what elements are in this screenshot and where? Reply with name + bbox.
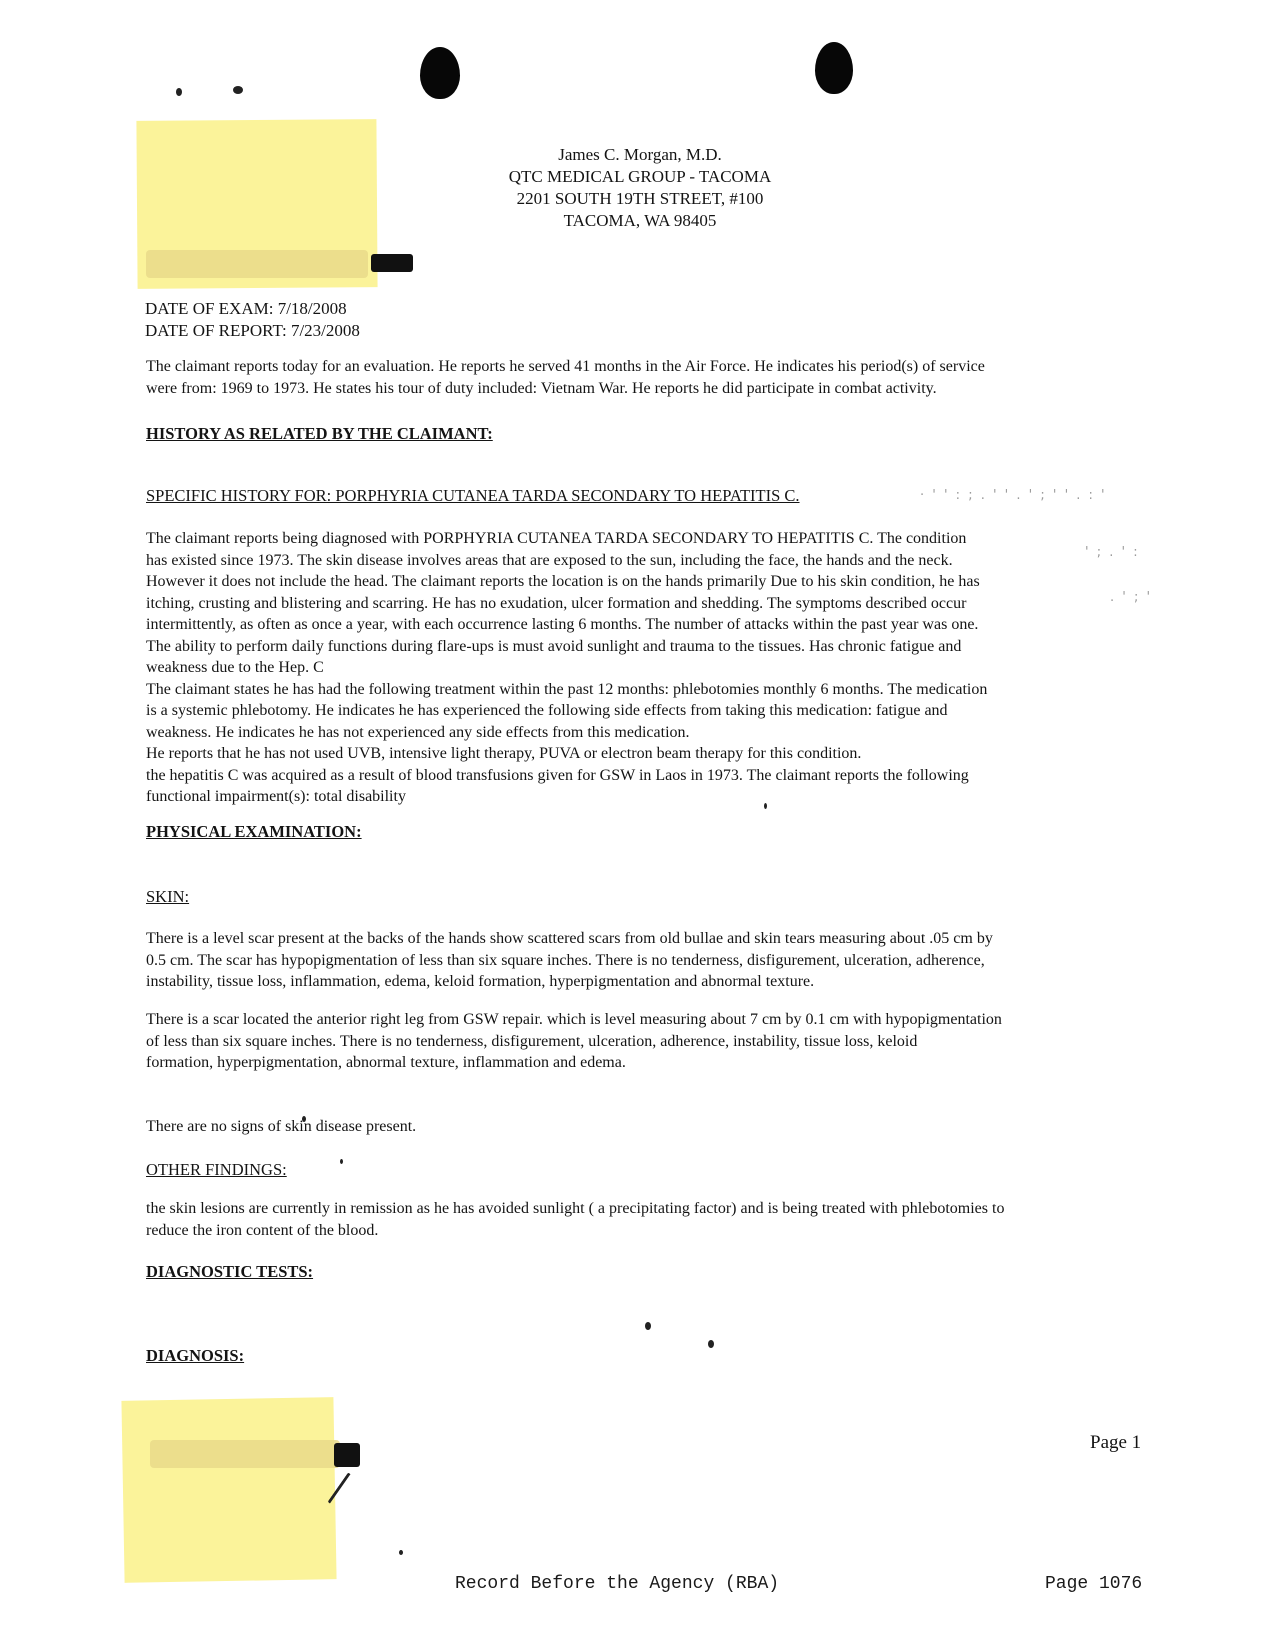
document-page: · ' ' : ; . ' ' . ' ; ' ' . : ' ' ; . ' … (0, 0, 1275, 1650)
footer-page-number: Page 1076 (1045, 1574, 1142, 1594)
heading-other-findings: OTHER FINDINGS: (146, 1160, 287, 1180)
heading-skin: SKIN: (146, 887, 189, 907)
city-state-zip: TACOMA, WA 98405 (440, 210, 840, 232)
footer-record-label: Record Before the Agency (RBA) (455, 1574, 779, 1594)
redaction-mark (371, 254, 413, 272)
intro-paragraph: The claimant reports today for an evalua… (146, 356, 1146, 399)
redaction-highlight (150, 1440, 340, 1468)
punch-hole (815, 42, 853, 94)
letterhead: James C. Morgan, M.D. QTC MEDICAL GROUP … (440, 144, 840, 232)
report-dates: DATE OF EXAM: 7/18/2008 DATE OF REPORT: … (145, 298, 360, 342)
scan-speck (233, 86, 243, 94)
page-number: Page 1 (1090, 1432, 1141, 1454)
redaction-mark (334, 1443, 360, 1467)
scan-speck (399, 1550, 403, 1555)
street-address: 2201 SOUTH 19TH STREET, #100 (440, 188, 840, 210)
scan-speck (708, 1340, 714, 1348)
physician-name: James C. Morgan, M.D. (440, 144, 840, 166)
medical-group: QTC MEDICAL GROUP - TACOMA (440, 166, 840, 188)
skin-paragraph-no-disease: There are no signs of skin disease prese… (146, 1116, 1146, 1138)
heading-physical-examination: PHYSICAL EXAMINATION: (146, 822, 362, 842)
punch-hole (420, 47, 460, 99)
heading-history: HISTORY AS RELATED BY THE CLAIMANT: (146, 424, 493, 444)
scan-speck (645, 1322, 651, 1330)
heading-diagnosis: DIAGNOSIS: (146, 1346, 244, 1366)
skin-paragraph-hands: There is a level scar present at the bac… (146, 928, 1146, 993)
skin-paragraph-leg: There is a scar located the anterior rig… (146, 1009, 1146, 1074)
scan-speck (176, 88, 182, 96)
redaction-highlight (146, 250, 368, 278)
scan-speck (340, 1159, 343, 1164)
scan-noise: · ' ' : ; . ' ' . ' ; ' ' . : ' (920, 488, 1107, 503)
redaction-sticky-note (121, 1397, 336, 1583)
heading-specific-history: SPECIFIC HISTORY FOR: PORPHYRIA CUTANEA … (146, 486, 800, 506)
date-of-report: DATE OF REPORT: 7/23/2008 (145, 320, 360, 342)
history-paragraph: The claimant reports being diagnosed wit… (146, 528, 1146, 808)
other-findings-paragraph: the skin lesions are currently in remiss… (146, 1198, 1146, 1241)
heading-diagnostic-tests: DIAGNOSTIC TESTS: (146, 1262, 313, 1282)
date-of-exam: DATE OF EXAM: 7/18/2008 (145, 298, 360, 320)
